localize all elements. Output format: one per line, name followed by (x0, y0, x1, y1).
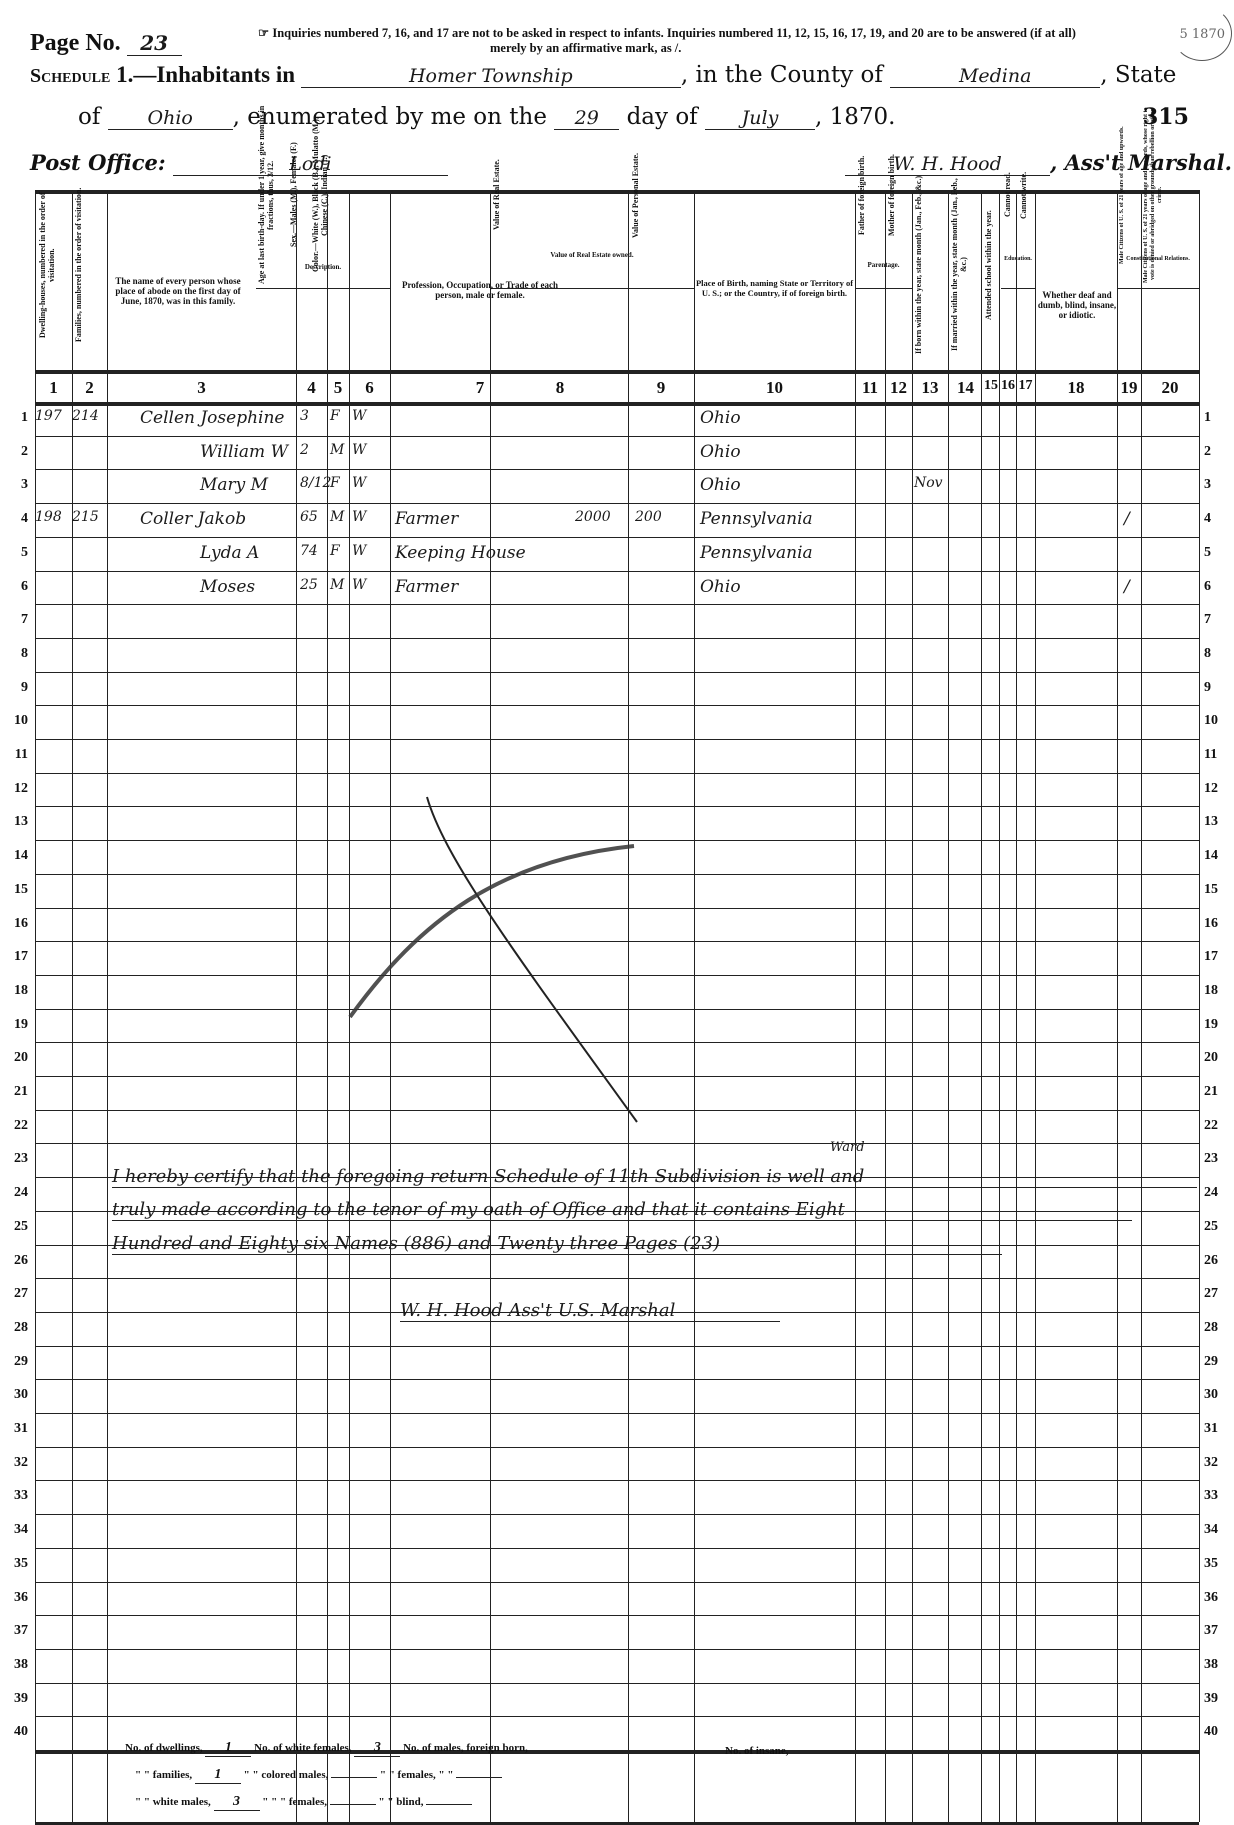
name-cell: William W (200, 442, 288, 462)
sex-cell: F (330, 408, 340, 424)
line-number-left: 36 (2, 1590, 28, 1606)
name-cell: Lyda A (200, 543, 259, 563)
line-number-right: 10 (1204, 713, 1230, 729)
line-number-right: 26 (1204, 1253, 1230, 1269)
line-number-right: 12 (1204, 781, 1230, 797)
footer-row-1: No. of dwellings, 1 No. of white females… (125, 1740, 577, 1757)
line-number-left: 22 (2, 1118, 28, 1134)
line-number-right: 25 (1204, 1219, 1230, 1235)
line-number-left: 11 (2, 747, 28, 763)
line-number-left: 16 (2, 916, 28, 932)
age-cell: 3 (300, 408, 309, 424)
line-number-left: 38 (2, 1657, 28, 1673)
born-month-cell: Nov (914, 475, 943, 491)
families-count: 1 (195, 1767, 241, 1784)
line-number-left: 8 (2, 646, 28, 662)
males-foreign-count (531, 1750, 577, 1751)
line-number-left: 20 (2, 1050, 28, 1066)
birthplace-cell: Ohio (700, 577, 741, 597)
line-number-left: 26 (2, 1253, 28, 1269)
line-number-left: 24 (2, 1185, 28, 1201)
line-number-right: 7 (1204, 612, 1230, 628)
line-number-left: 6 (2, 579, 28, 595)
line-number-left: 2 (2, 444, 28, 460)
line-number-right: 36 (1204, 1590, 1230, 1606)
line-number-left: 10 (2, 713, 28, 729)
table-body: 1122334455667788991010111112121313141415… (0, 0, 1234, 1825)
line-number-left: 40 (2, 1724, 28, 1740)
age-cell: 74 (300, 543, 318, 559)
colored-females-count (330, 1804, 376, 1805)
line-number-left: 18 (2, 983, 28, 999)
line-number-left: 5 (2, 545, 28, 561)
line-number-left: 27 (2, 1286, 28, 1302)
line-number-right: 16 (1204, 916, 1230, 932)
occupation-cell: Farmer (395, 577, 458, 597)
age-cell: 65 (300, 509, 318, 525)
line-number-right: 24 (1204, 1185, 1230, 1201)
line-number-left: 17 (2, 949, 28, 965)
line-number-right: 32 (1204, 1455, 1230, 1471)
line-number-left: 28 (2, 1320, 28, 1336)
sex-cell: M (330, 509, 344, 525)
line-number-right: 29 (1204, 1354, 1230, 1370)
line-number-right: 39 (1204, 1691, 1230, 1707)
line-number-left: 35 (2, 1556, 28, 1572)
birthplace-cell: Pennsylvania (700, 509, 813, 529)
sex-cell: M (330, 577, 344, 593)
blind-count (426, 1804, 472, 1805)
certification-line-24: I hereby certify that the foregoing retu… (112, 1166, 1197, 1188)
line-number-right: 21 (1204, 1084, 1230, 1100)
line-number-right: 19 (1204, 1017, 1230, 1033)
line-number-left: 13 (2, 814, 28, 830)
line-number-left: 37 (2, 1623, 28, 1639)
certification-signature: W. H. Hood Ass't U.S. Marshal (400, 1300, 780, 1322)
color-cell: W (352, 475, 366, 491)
line-number-left: 34 (2, 1522, 28, 1538)
real-estate-cell: 2000 (575, 509, 611, 525)
line-number-right: 14 (1204, 848, 1230, 864)
personal-estate-cell: 200 (635, 509, 662, 525)
line-number-right: 6 (1204, 579, 1230, 595)
line-number-right: 37 (1204, 1623, 1230, 1639)
line-number-left: 4 (2, 511, 28, 527)
footer-row-3: " " white males, 3 " " " females, " " bl… (135, 1794, 472, 1811)
birthplace-cell: Ohio (700, 442, 741, 462)
line-number-right: 27 (1204, 1286, 1230, 1302)
line-number-left: 21 (2, 1084, 28, 1100)
family-cell: 215 (72, 509, 99, 525)
footer-insane: No. of insane, (725, 1745, 837, 1757)
line-number-right: 35 (1204, 1556, 1230, 1572)
line-number-right: 38 (1204, 1657, 1230, 1673)
line-number-right: 11 (1204, 747, 1230, 763)
color-cell: W (352, 408, 366, 424)
family-cell: 214 (72, 408, 99, 424)
line-number-right: 34 (1204, 1522, 1230, 1538)
color-cell: W (352, 442, 366, 458)
citizen-mark-cell: / (1124, 577, 1130, 597)
birthplace-cell: Ohio (700, 475, 741, 495)
line-number-left: 9 (2, 680, 28, 696)
name-cell: Moses (200, 577, 255, 597)
line-number-right: 2 (1204, 444, 1230, 460)
name-cell: Cellen Josephine (140, 408, 284, 428)
color-cell: W (352, 509, 366, 525)
line-number-left: 30 (2, 1387, 28, 1403)
line-number-left: 29 (2, 1354, 28, 1370)
occupation-cell: Keeping House (395, 543, 526, 563)
line-number-right: 5 (1204, 545, 1230, 561)
line-number-left: 25 (2, 1219, 28, 1235)
name-cell: Coller Jakob (140, 509, 246, 529)
certification-line-25: truly made according to the tenor of my … (112, 1199, 1132, 1221)
certification-line-26: Hundred and Eighty six Names (886) and T… (112, 1233, 1002, 1255)
insane-count (791, 1753, 837, 1754)
line-number-left: 31 (2, 1421, 28, 1437)
birthplace-cell: Pennsylvania (700, 543, 813, 563)
line-number-right: 17 (1204, 949, 1230, 965)
line-number-left: 12 (2, 781, 28, 797)
dwelling-cell: 198 (35, 509, 62, 525)
line-number-left: 32 (2, 1455, 28, 1471)
line-number-right: 15 (1204, 882, 1230, 898)
sex-cell: M (330, 442, 344, 458)
line-number-left: 15 (2, 882, 28, 898)
age-cell: 2 (300, 442, 309, 458)
line-number-left: 39 (2, 1691, 28, 1707)
line-number-left: 14 (2, 848, 28, 864)
line-number-left: 23 (2, 1151, 28, 1167)
line-number-right: 18 (1204, 983, 1230, 999)
line-number-right: 13 (1204, 814, 1230, 830)
females-foreign-count (456, 1777, 502, 1778)
citizen-mark-cell: / (1124, 509, 1130, 529)
color-cell: W (352, 577, 366, 593)
line-number-right: 28 (1204, 1320, 1230, 1336)
line-number-right: 3 (1204, 477, 1230, 493)
footer-row-2: " " families, 1 " " colored males, " " f… (135, 1767, 502, 1784)
line-number-left: 19 (2, 1017, 28, 1033)
line-number-right: 4 (1204, 511, 1230, 527)
color-cell: W (352, 543, 366, 559)
line-number-right: 40 (1204, 1724, 1230, 1740)
line-number-right: 31 (1204, 1421, 1230, 1437)
line-number-left: 33 (2, 1488, 28, 1504)
certification-insert: Ward (830, 1140, 865, 1155)
line-number-right: 1 (1204, 410, 1230, 426)
line-number-right: 8 (1204, 646, 1230, 662)
age-cell: 8/12 (300, 475, 331, 491)
sex-cell: F (330, 543, 340, 559)
line-number-right: 22 (1204, 1118, 1230, 1134)
occupation-cell: Farmer (395, 509, 458, 529)
dwellings-count: 1 (205, 1740, 251, 1757)
line-number-right: 30 (1204, 1387, 1230, 1403)
dwelling-cell: 197 (35, 408, 62, 424)
sex-cell: F (330, 475, 340, 491)
line-number-right: 9 (1204, 680, 1230, 696)
white-males-count: 3 (214, 1794, 260, 1811)
white-females-count: 3 (354, 1740, 400, 1757)
name-cell: Mary M (200, 475, 268, 495)
age-cell: 25 (300, 577, 318, 593)
line-number-right: 20 (1204, 1050, 1230, 1066)
birthplace-cell: Ohio (700, 408, 741, 428)
colored-males-count (331, 1777, 377, 1778)
line-number-right: 23 (1204, 1151, 1230, 1167)
line-number-right: 33 (1204, 1488, 1230, 1504)
line-number-left: 1 (2, 410, 28, 426)
line-number-left: 7 (2, 612, 28, 628)
line-number-left: 3 (2, 477, 28, 493)
